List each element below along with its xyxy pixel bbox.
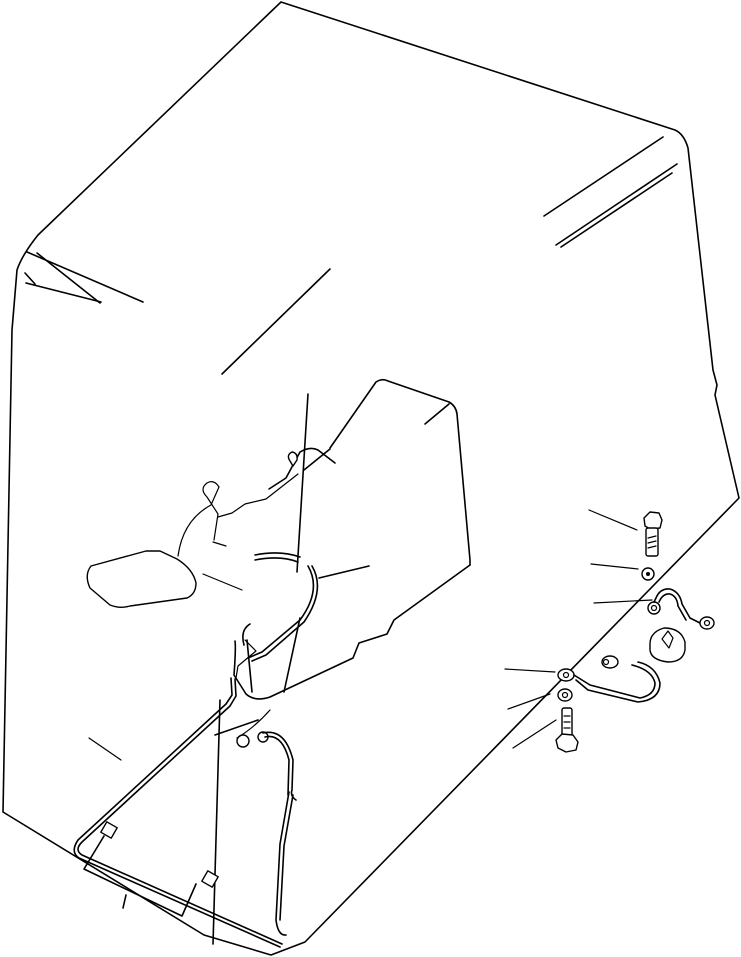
diagram-svg	[0, 0, 741, 957]
rubber-grommet	[650, 628, 685, 662]
ground-cable-short	[648, 589, 714, 629]
bolt-lower	[556, 708, 578, 752]
cab-body	[3, 2, 739, 955]
callout-leaders	[505, 510, 652, 748]
lock-washer	[642, 568, 654, 580]
mirror-bracket	[87, 452, 298, 607]
bolt-upper	[644, 512, 662, 556]
grommet-clip	[215, 710, 296, 935]
parts-diagram: Cab wiring and ground cable installation…	[0, 0, 741, 957]
ground-cable-long	[558, 656, 660, 702]
wiring-harness	[74, 553, 369, 947]
washer	[558, 689, 572, 701]
